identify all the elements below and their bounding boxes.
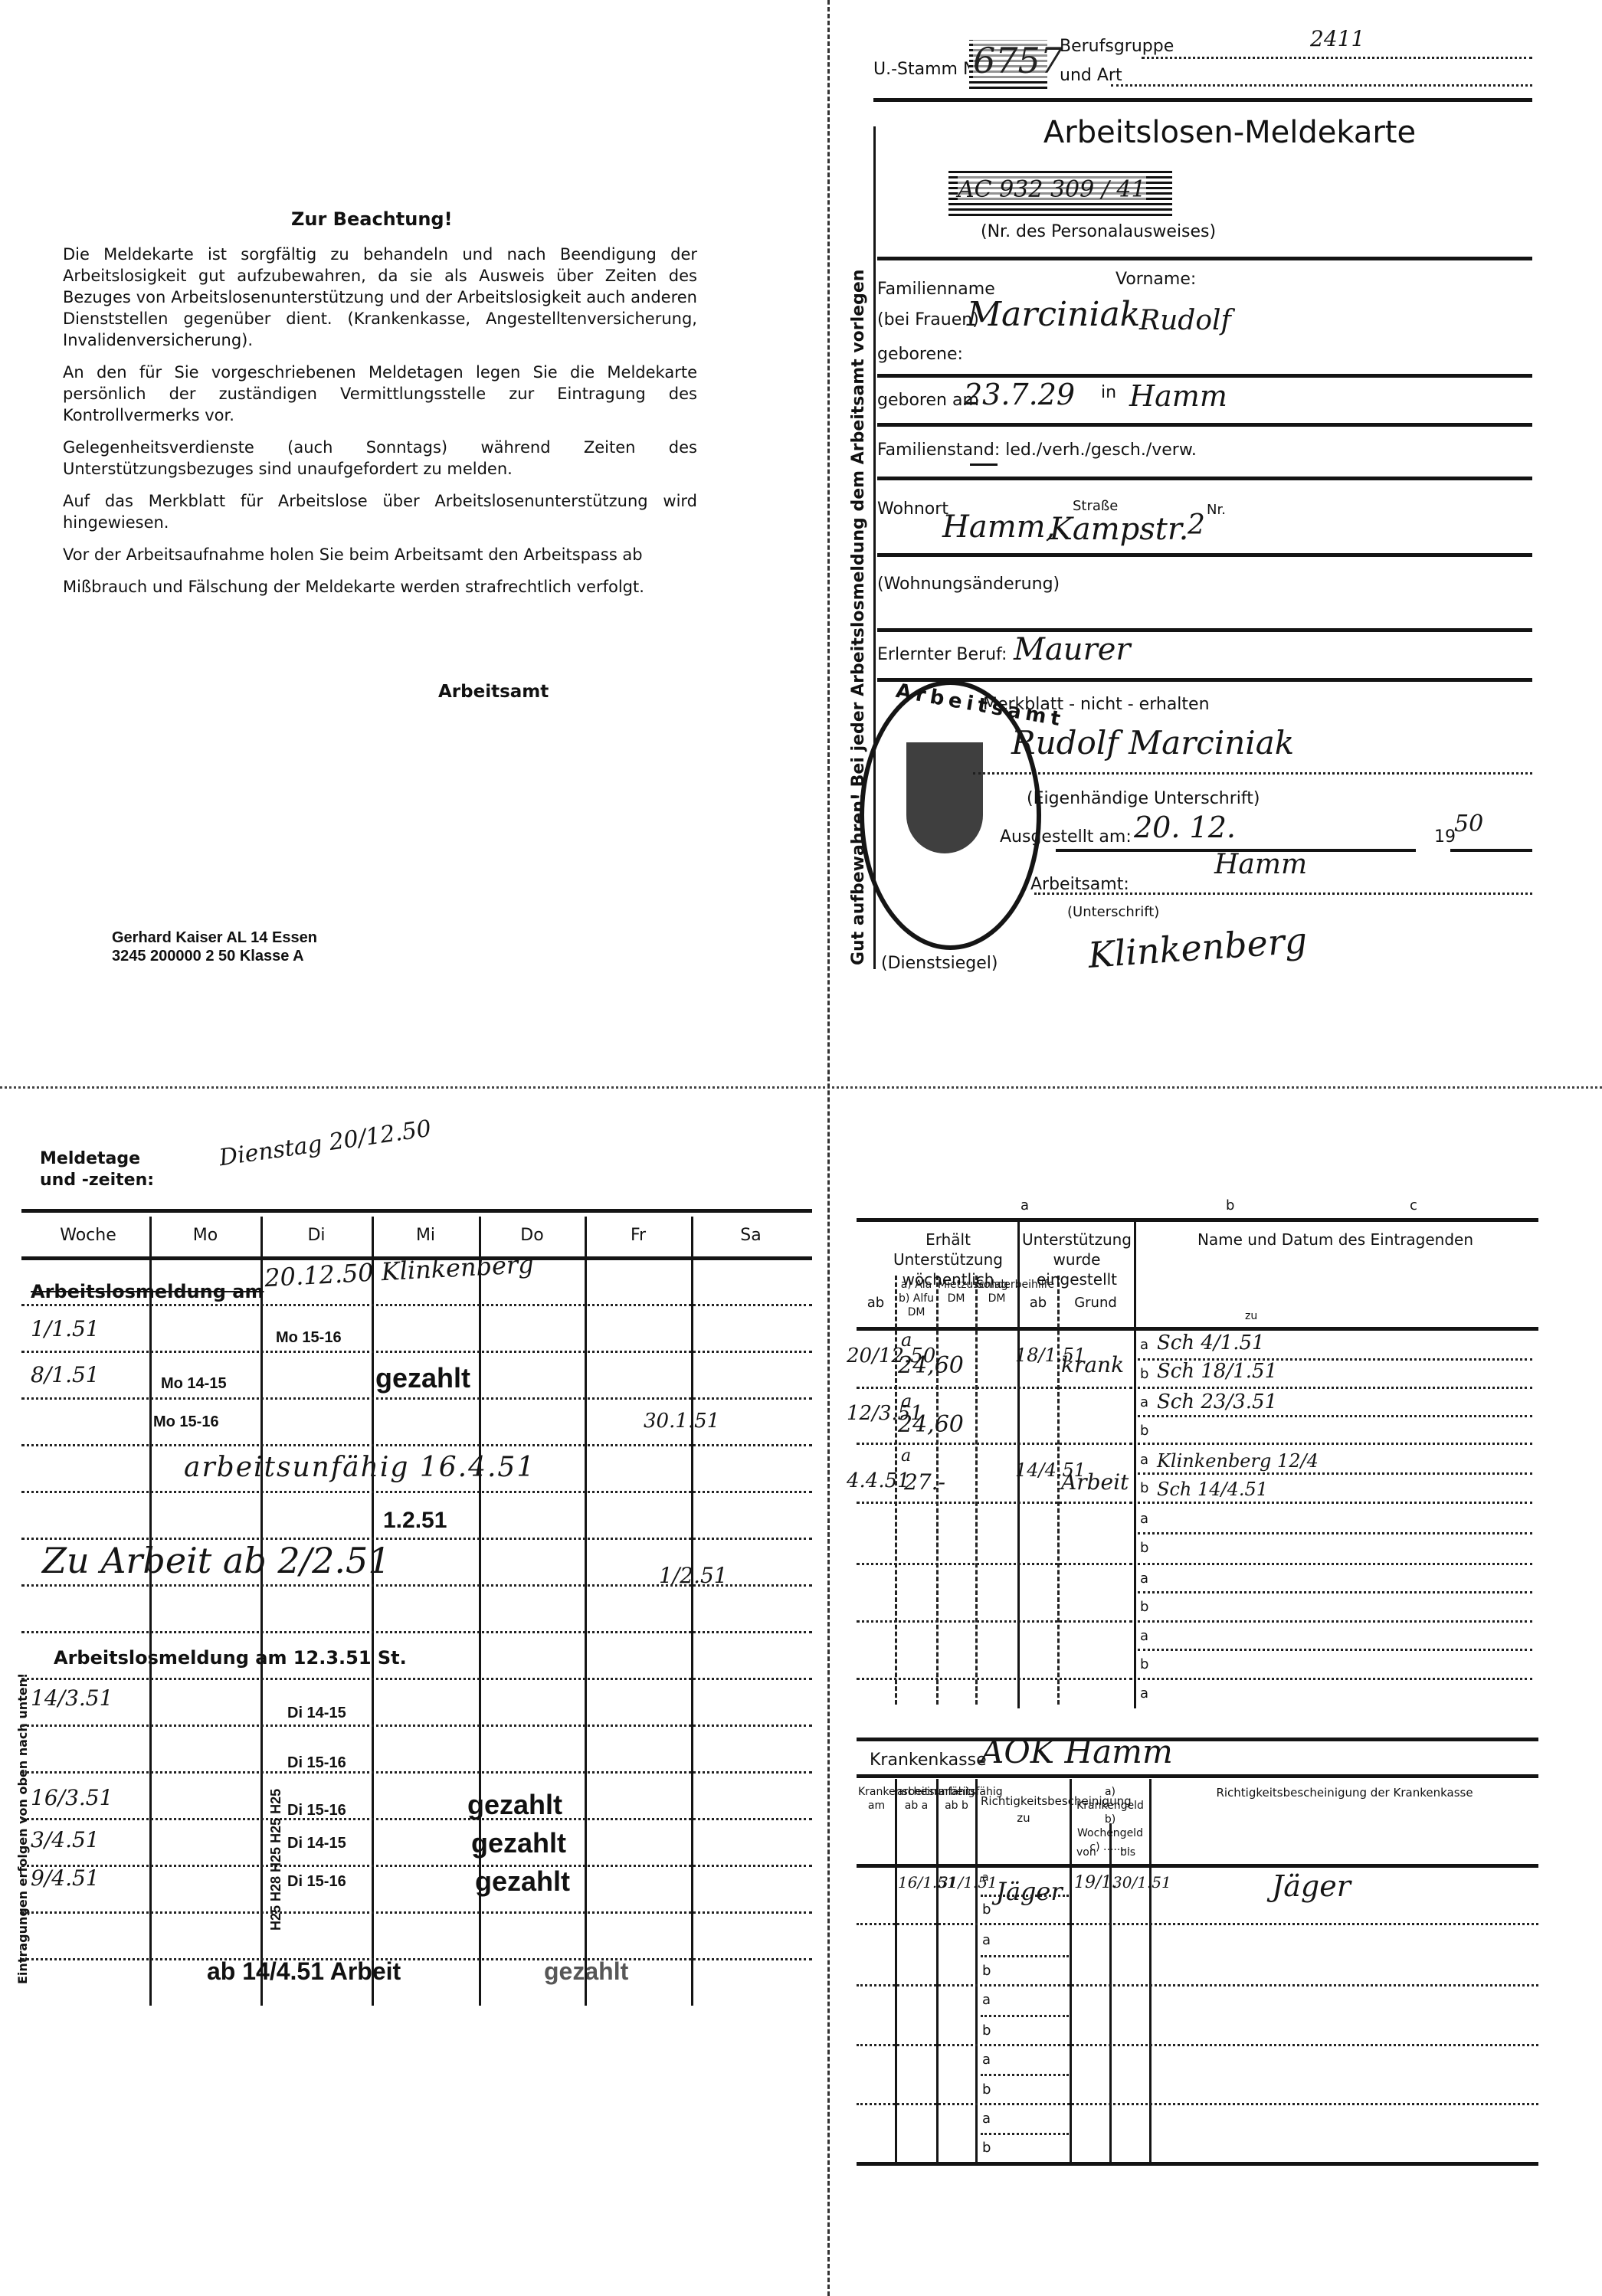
familienstand-label-text: Familienstand: bbox=[877, 441, 1000, 460]
vorname-value: Rudolf bbox=[1139, 305, 1231, 336]
divider bbox=[877, 628, 1532, 632]
support-amount: 27.- bbox=[904, 1469, 945, 1495]
meldetage-handwritten: Dienstag 20/12.50 bbox=[218, 1115, 433, 1171]
divider bbox=[877, 477, 1532, 480]
hausnummer-value: 2 bbox=[1188, 509, 1205, 541]
meldezeit-stamp: Mo 15-16 bbox=[276, 1329, 342, 1347]
kk-col-von: von bbox=[1076, 1846, 1096, 1859]
marker-a: a bbox=[982, 1872, 989, 1884]
col-header-ala: a) Ala b) Alfu DM bbox=[896, 1278, 936, 1319]
ab-line bbox=[1138, 1387, 1532, 1389]
ab-line bbox=[1138, 1649, 1532, 1651]
marker-b: b bbox=[982, 2023, 991, 2039]
support-amount: 24,60 bbox=[898, 1352, 964, 1379]
notice-signoff: Arbeitsamt bbox=[438, 682, 549, 702]
fr-entry: 1/2.51 bbox=[659, 1563, 728, 1588]
geburtsort-value: Hamm bbox=[1129, 379, 1227, 413]
year-prefix: 19 bbox=[1434, 827, 1456, 847]
ausweis-number-value: AC 932 309 / 41 bbox=[958, 176, 1146, 203]
col-header-fr: Fr bbox=[587, 1226, 690, 1245]
marker-b: b bbox=[982, 1901, 991, 1918]
woche-entry: 9/4.51 bbox=[31, 1865, 100, 1891]
notice-paragraph: Auf das Merkblatt für Arbeitslose über A… bbox=[63, 490, 697, 533]
row-line bbox=[857, 1502, 1132, 1504]
divider bbox=[877, 553, 1532, 557]
beruf-label: Erlernter Beruf: bbox=[877, 645, 1007, 664]
kk-von-value: 19/1. bbox=[1074, 1873, 1117, 1892]
arbeitslosmeldung-text: Arbeitslosmeldung am 12.3.51 St. bbox=[54, 1647, 407, 1669]
marker-a: a bbox=[1140, 1511, 1148, 1527]
krankenkasse-value: AOK Hamm bbox=[981, 1733, 1173, 1770]
col-header-mietzuschlag: Mietzuschlag DM bbox=[938, 1278, 975, 1305]
meldezeit-stamp: Di 14-15 bbox=[287, 1705, 346, 1722]
col-header-sonderbeihilfe: Sonderbeihilfe DM bbox=[977, 1278, 1017, 1305]
row-line bbox=[21, 1911, 812, 1914]
nr-label: Nr. bbox=[1207, 502, 1226, 518]
und-art-label: und Art bbox=[1060, 66, 1122, 85]
col-sep bbox=[585, 1217, 587, 2006]
gezahlt-stamp: gezahlt bbox=[544, 1957, 628, 1986]
notice-title: Zur Beachtung! bbox=[291, 208, 453, 230]
ab-line bbox=[981, 2074, 1069, 2076]
meldezeit-stamp: Di 14-15 bbox=[287, 1835, 346, 1852]
berufsgruppe-value: 2411 bbox=[1310, 26, 1364, 51]
unterschrift-label: (Unterschrift) bbox=[1067, 904, 1159, 920]
ab-line bbox=[981, 1895, 1069, 1897]
arbeitslosmeldung-label-struck: Arbeitslosmeldung am bbox=[31, 1281, 264, 1302]
arbeitsamt-value: Hamm bbox=[1214, 849, 1307, 880]
eintragender-a: Sch 4/1.51 bbox=[1157, 1331, 1265, 1354]
ausweis-label: (Nr. des Personalausweises) bbox=[981, 222, 1216, 241]
ab-line bbox=[1138, 1591, 1532, 1593]
ab-line bbox=[981, 2133, 1069, 2135]
col-header-ab: ab bbox=[858, 1295, 893, 1311]
row-line bbox=[857, 1923, 1538, 1925]
table-top-rule bbox=[21, 1209, 812, 1213]
familienname-value: Marciniak bbox=[967, 295, 1140, 334]
ausgestellt-value: 20. 12. bbox=[1134, 811, 1236, 844]
printer-imprint-line1: Gerhard Kaiser AL 14 Essen bbox=[112, 929, 317, 947]
row-line bbox=[21, 1631, 812, 1633]
row-line bbox=[857, 2044, 1538, 2046]
eintragender-a: Klinkenberg 12/4 bbox=[1157, 1450, 1319, 1472]
ab-line bbox=[981, 1955, 1069, 1957]
kk-bis-value: 30/1.51 bbox=[1112, 1873, 1171, 1891]
kk-col-geld: a) Krankengeld b) Wochengeld c) ........ bbox=[1073, 1785, 1148, 1854]
geborene-label: geborene: bbox=[877, 345, 963, 364]
col-sep bbox=[260, 1217, 263, 2006]
marker-b: b bbox=[1140, 1366, 1148, 1382]
row-line bbox=[21, 1351, 812, 1353]
fr-entry: 30.1.51 bbox=[644, 1410, 719, 1433]
row-line bbox=[21, 1865, 812, 1867]
geburtsort-in-label: in bbox=[1101, 383, 1116, 402]
gezahlt-stamp: gezahlt bbox=[375, 1362, 470, 1394]
meldezeit-stamp: Di 15-16 bbox=[287, 1873, 346, 1891]
notice-paragraph: Die Meldekarte ist sorgfältig zu behande… bbox=[63, 244, 697, 351]
ab-line bbox=[1138, 1563, 1532, 1565]
kk-bottom-rule bbox=[857, 2162, 1538, 2166]
col-header-ab-eingestellt: ab bbox=[1019, 1295, 1057, 1311]
notice-paragraph: Mißbrauch und Fälschung der Meldekarte w… bbox=[63, 576, 697, 598]
geboren-am-value: 23.7.29 bbox=[964, 378, 1075, 411]
row-line bbox=[857, 1387, 1132, 1389]
zu-arbeit-entry: Zu Arbeit ab 2/2.51 bbox=[42, 1540, 391, 1581]
support-top-rule bbox=[857, 1218, 1538, 1222]
marker-a: a bbox=[1140, 1628, 1148, 1644]
col-sep bbox=[1057, 1276, 1060, 1705]
support-ab-value: 4.4.51 bbox=[847, 1469, 910, 1492]
eintragender-b: Sch 18/1.51 bbox=[1157, 1360, 1277, 1383]
date-stamp: 1.2.51 bbox=[383, 1508, 447, 1534]
berufsgruppe-line bbox=[1142, 57, 1532, 59]
marker-a: a bbox=[982, 2052, 991, 2068]
familienstand-options: led./verh./gesch./verw. bbox=[1005, 441, 1197, 460]
divider bbox=[873, 98, 1532, 102]
meldezeit-stamp: Di 15-16 bbox=[287, 1802, 346, 1819]
arbeitslosmeldung-label: Arbeitslosmeldung am 12.3.51 St. bbox=[54, 1647, 407, 1669]
stamm-nr-value: 6757 bbox=[973, 40, 1063, 81]
arbeitsunfaehig-entry: arbeitsunfähig 16.4.51 bbox=[184, 1452, 536, 1483]
arbeitsamt-label: Arbeitsamt: bbox=[1030, 875, 1129, 894]
marker-a: a bbox=[1140, 1452, 1148, 1468]
beruf-value: Maurer bbox=[1014, 632, 1130, 667]
woche-entry: 8/1.51 bbox=[31, 1362, 100, 1387]
notice-paragraph: Vor der Arbeitsaufnahme holen Sie beim A… bbox=[63, 544, 697, 565]
col-header-mi: Mi bbox=[374, 1226, 477, 1245]
row-line bbox=[21, 1771, 812, 1774]
col-header-sa: Sa bbox=[693, 1226, 808, 1245]
gezahlt-stamp: gezahlt bbox=[467, 1789, 562, 1821]
section-letter-c: c bbox=[1410, 1197, 1417, 1214]
support-header-rule bbox=[857, 1327, 1538, 1331]
support-type: a bbox=[901, 1390, 912, 1412]
seal-text: Arbeitsamt bbox=[894, 680, 1066, 732]
gezahlt-stamp: gezahlt bbox=[475, 1865, 570, 1898]
bei-frauen-label: (bei Frauen) bbox=[877, 310, 979, 329]
woche-entry: 14/3.51 bbox=[31, 1685, 113, 1711]
eintragender-b: Sch 14/4.51 bbox=[1157, 1479, 1268, 1500]
marker-b: b bbox=[982, 2140, 991, 2156]
ab-line bbox=[1138, 1502, 1532, 1504]
col-sep bbox=[149, 1217, 152, 2006]
row-line bbox=[21, 1444, 812, 1446]
meldezeit-stamp: Di 15-16 bbox=[287, 1754, 346, 1772]
signature-line bbox=[973, 772, 1532, 775]
printer-imprint-line2: 3245 200000 2 50 Klasse A bbox=[112, 948, 304, 965]
kk-header-bottom-rule bbox=[857, 1864, 1538, 1868]
signature-label: (Eigenhändige Unterschrift) bbox=[1027, 789, 1260, 808]
gezahlt-stamp: gezahlt bbox=[471, 1827, 566, 1859]
krankenkasse-label: Krankenkasse bbox=[870, 1751, 987, 1770]
kk-col-faehig: arbeitsfähig ab b bbox=[939, 1785, 975, 1813]
col-header-woche: Woche bbox=[31, 1226, 146, 1245]
ab-line bbox=[1138, 1472, 1532, 1475]
row-line bbox=[857, 2103, 1538, 2105]
section-letter-b: b bbox=[1226, 1197, 1234, 1214]
ab-line bbox=[1138, 1443, 1532, 1445]
ab-line bbox=[1138, 1620, 1532, 1623]
arbeitsamt-line bbox=[1034, 893, 1532, 895]
kk-richtigkeit-value: Jäger bbox=[996, 1877, 1063, 1906]
notice-body: Die Meldekarte ist sorgfältig zu behande… bbox=[63, 244, 697, 608]
marker-b: b bbox=[982, 1963, 991, 1979]
notice-paragraph: An den für Sie vorgeschriebenen Meldetag… bbox=[63, 362, 697, 426]
support-type: a bbox=[901, 1446, 911, 1466]
wohnungsaenderung-label: (Wohnungsänderung) bbox=[877, 575, 1060, 594]
row-line bbox=[857, 1563, 1132, 1565]
col-header-grund: Grund bbox=[1059, 1295, 1132, 1311]
familienstand-selected-underline bbox=[970, 463, 998, 466]
kk-header-top-rule bbox=[857, 1774, 1538, 1778]
kk-richtigkeit-kk-value: Jäger bbox=[1272, 1869, 1351, 1903]
ab-line bbox=[1138, 1532, 1532, 1534]
kk-col-richtigkeit: Richtigkeitsbescheinigung zu bbox=[981, 1793, 1066, 1826]
ab-line bbox=[981, 2015, 1069, 2017]
woche-entry: 3/4.51 bbox=[31, 1827, 100, 1852]
card-title: Arbeitslosen-Meldekarte bbox=[923, 115, 1536, 150]
col-header-di: Di bbox=[263, 1226, 370, 1245]
familienstand-label: Familienstand: led./verh./gesch./verw. bbox=[877, 441, 1197, 460]
marker-a: a bbox=[982, 1992, 991, 2008]
row-line bbox=[21, 1491, 812, 1493]
divider bbox=[877, 423, 1532, 427]
col-sep bbox=[691, 1217, 693, 2006]
fold-line-horizontal bbox=[0, 1086, 1602, 1089]
section-letter-a: a bbox=[1020, 1197, 1029, 1214]
official-signature: Klinkenberg bbox=[1086, 919, 1308, 976]
woche-entry: 16/3.51 bbox=[31, 1785, 113, 1810]
row-line bbox=[21, 1304, 812, 1306]
row-line bbox=[857, 1620, 1132, 1623]
stop-grund-value: Arbeit bbox=[1061, 1469, 1129, 1495]
divider bbox=[877, 257, 1532, 260]
marker-b: b bbox=[1140, 1599, 1148, 1615]
stamp-codes: H25 H28 H25 H25 H25 bbox=[268, 1685, 284, 1931]
meldezeit-stamp: Mo 14-15 bbox=[161, 1375, 227, 1393]
year-line bbox=[1450, 849, 1532, 852]
kk-col-unfaehig: arbeitsunfähig ab a bbox=[897, 1785, 935, 1813]
marker-a: a bbox=[1140, 1685, 1148, 1702]
col-header-zu: zu bbox=[1245, 1310, 1257, 1322]
row-line bbox=[21, 1724, 812, 1727]
row-line bbox=[21, 1818, 812, 1820]
marker-a: a bbox=[1140, 1571, 1148, 1587]
berufsgruppe-label: Berufsgruppe bbox=[1060, 37, 1174, 56]
kk-top-rule bbox=[857, 1738, 1538, 1741]
marker-b: b bbox=[1140, 1423, 1148, 1439]
year-value: 50 bbox=[1454, 811, 1483, 837]
marker-b: b bbox=[1140, 1540, 1148, 1556]
ab-line bbox=[1138, 1415, 1532, 1417]
wohnort-label: Wohnort bbox=[877, 499, 948, 519]
kk-col-bis: bis bbox=[1120, 1846, 1135, 1859]
row-line bbox=[857, 1443, 1132, 1445]
official-seal: Arbeitsamt bbox=[860, 680, 1041, 950]
row-line bbox=[21, 1397, 812, 1400]
meldetage-label-line1: Meldetage bbox=[40, 1149, 140, 1168]
wohnort-value: Hamm, bbox=[942, 509, 1055, 545]
kk-col-schein: Krankenschein am bbox=[858, 1785, 895, 1813]
ab-line bbox=[1138, 1678, 1532, 1680]
seal-emblem-icon bbox=[906, 742, 983, 853]
support-amount: 24,60 bbox=[898, 1411, 964, 1438]
strasse-value: Kampstr. bbox=[1050, 512, 1188, 547]
kk-col-richtigkeit-kk: Richtigkeitsbescheinigung der Krankenkas… bbox=[1153, 1785, 1536, 1800]
group-sep bbox=[1134, 1222, 1136, 1708]
marker-b: b bbox=[1140, 1480, 1148, 1496]
marker-a: a bbox=[1140, 1337, 1148, 1353]
marker-b: b bbox=[982, 2081, 991, 2098]
woche-entry: 1/1.51 bbox=[31, 1316, 100, 1341]
marker-a: a bbox=[982, 2111, 991, 2127]
table-vertical-note: Eintragungen erfolgen von oben nach unte… bbox=[15, 1525, 30, 1984]
col-header-do: Do bbox=[481, 1226, 583, 1245]
dienstsiegel-label: (Dienstsiegel) bbox=[881, 954, 998, 973]
und-art-line bbox=[1111, 84, 1532, 87]
col-header-mo: Mo bbox=[152, 1226, 259, 1245]
col-sep bbox=[975, 1276, 978, 1705]
group-header-name: Name und Datum des Eintragenden bbox=[1136, 1230, 1535, 1250]
row-line bbox=[21, 1678, 812, 1680]
notice-paragraph: Gelegenheitsverdienste (auch Sonntags) w… bbox=[63, 437, 697, 480]
marker-a: a bbox=[1140, 1394, 1148, 1410]
row-line bbox=[21, 1958, 812, 1960]
eintragender-a: Sch 23/3.51 bbox=[1157, 1390, 1277, 1413]
stop-grund-value: krank bbox=[1061, 1352, 1124, 1377]
fold-line-vertical bbox=[827, 0, 830, 2296]
col-sep bbox=[372, 1217, 374, 2006]
marker-b: b bbox=[1140, 1656, 1148, 1672]
row-line bbox=[857, 1678, 1132, 1680]
meldetage-label-line2: und -zeiten: bbox=[40, 1171, 154, 1190]
marker-a: a bbox=[982, 1932, 991, 1948]
vorname-label: Vorname: bbox=[1116, 270, 1196, 289]
support-type: a bbox=[901, 1329, 912, 1351]
ab-arbeit-entry: ab 14/4.51 Arbeit bbox=[207, 1957, 401, 1986]
meldezeit-stamp: Mo 15-16 bbox=[153, 1413, 219, 1431]
divider bbox=[877, 678, 1532, 682]
row-line bbox=[857, 1984, 1538, 1986]
